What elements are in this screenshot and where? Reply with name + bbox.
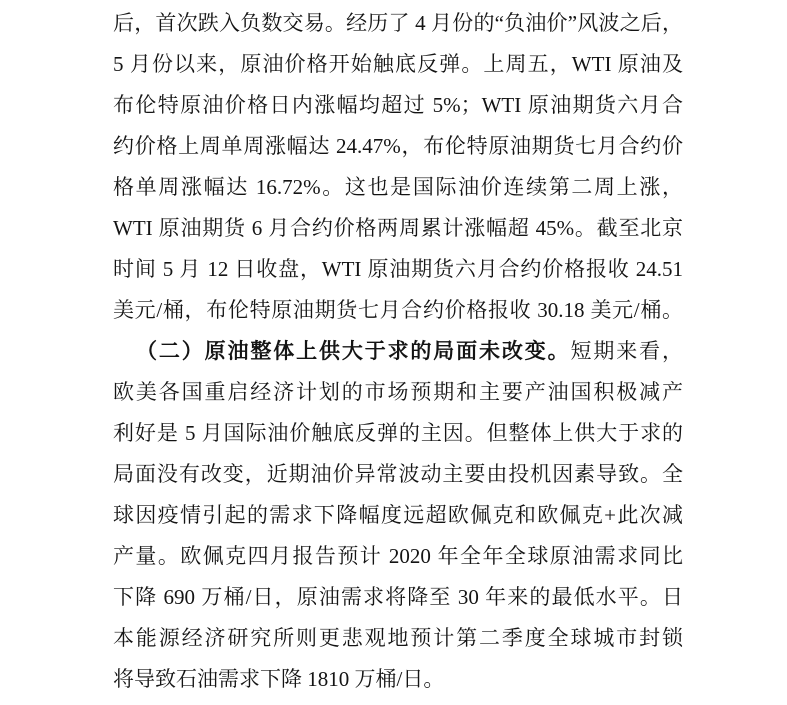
document-page: 后，首次跌入负数交易。经历了 4 月份的“负油价”风波之后， 5 月份以来，原油… [0,0,787,705]
section-heading-rest: 短期来看， [571,339,683,363]
section-heading-line: （二）原油整体上供大于求的局面未改变。短期来看， [113,331,683,372]
paragraph1-line: 时间 5 月 12 日收盘，WTI 原油期货六月合约价格报收 24.51 [113,249,683,290]
paragraph1-line: 5 月份以来，原油价格开始触底反弹。上周五，WTI 原油及 [113,44,683,85]
paragraph2-line: 欧美各国重启经济计划的市场预期和主要产油国积极减产 [113,372,683,413]
paragraph1-line: 美元/桶，布伦特原油期货七月合约价格报收 30.18 美元/桶。 [113,290,683,331]
paragraph2-line: 球因疫情引起的需求下降幅度远超欧佩克和欧佩克+此次减 [113,495,683,536]
section-heading: （二）原油整体上供大于求的局面未改变。 [136,339,571,363]
paragraph1-line: 后，首次跌入负数交易。经历了 4 月份的“负油价”风波之后， [113,3,683,44]
paragraph1-line: 格单周涨幅达 16.72%。这也是国际油价连续第二周上涨， [113,167,683,208]
paragraph1-line: 约价格上周单周涨幅达 24.47%，布伦特原油期货七月合约价 [113,126,683,167]
paragraph1-line: 布伦特原油价格日内涨幅均超过 5%；WTI 原油期货六月合 [113,85,683,126]
paragraph2-line: 利好是 5 月国际油价触底反弹的主因。但整体上供大于求的 [113,413,683,454]
paragraph1-line: WTI 原油期货 6 月合约价格两周累计涨幅超 45%。截至北京 [113,208,683,249]
paragraph2-line: 本能源经济研究所则更悲观地预计第二季度全球城市封锁 [113,618,683,659]
paragraph2-line: 局面没有改变，近期油价异常波动主要由投机因素导致。全 [113,454,683,495]
paragraph2-last-line: 将导致石油需求下降 1810 万桶/日。 [113,659,683,700]
paragraph2-line: 下降 690 万桶/日，原油需求将降至 30 年来的最低水平。日 [113,577,683,618]
paragraph2-line: 产量。欧佩克四月报告预计 2020 年全年全球原油需求同比 [113,536,683,577]
